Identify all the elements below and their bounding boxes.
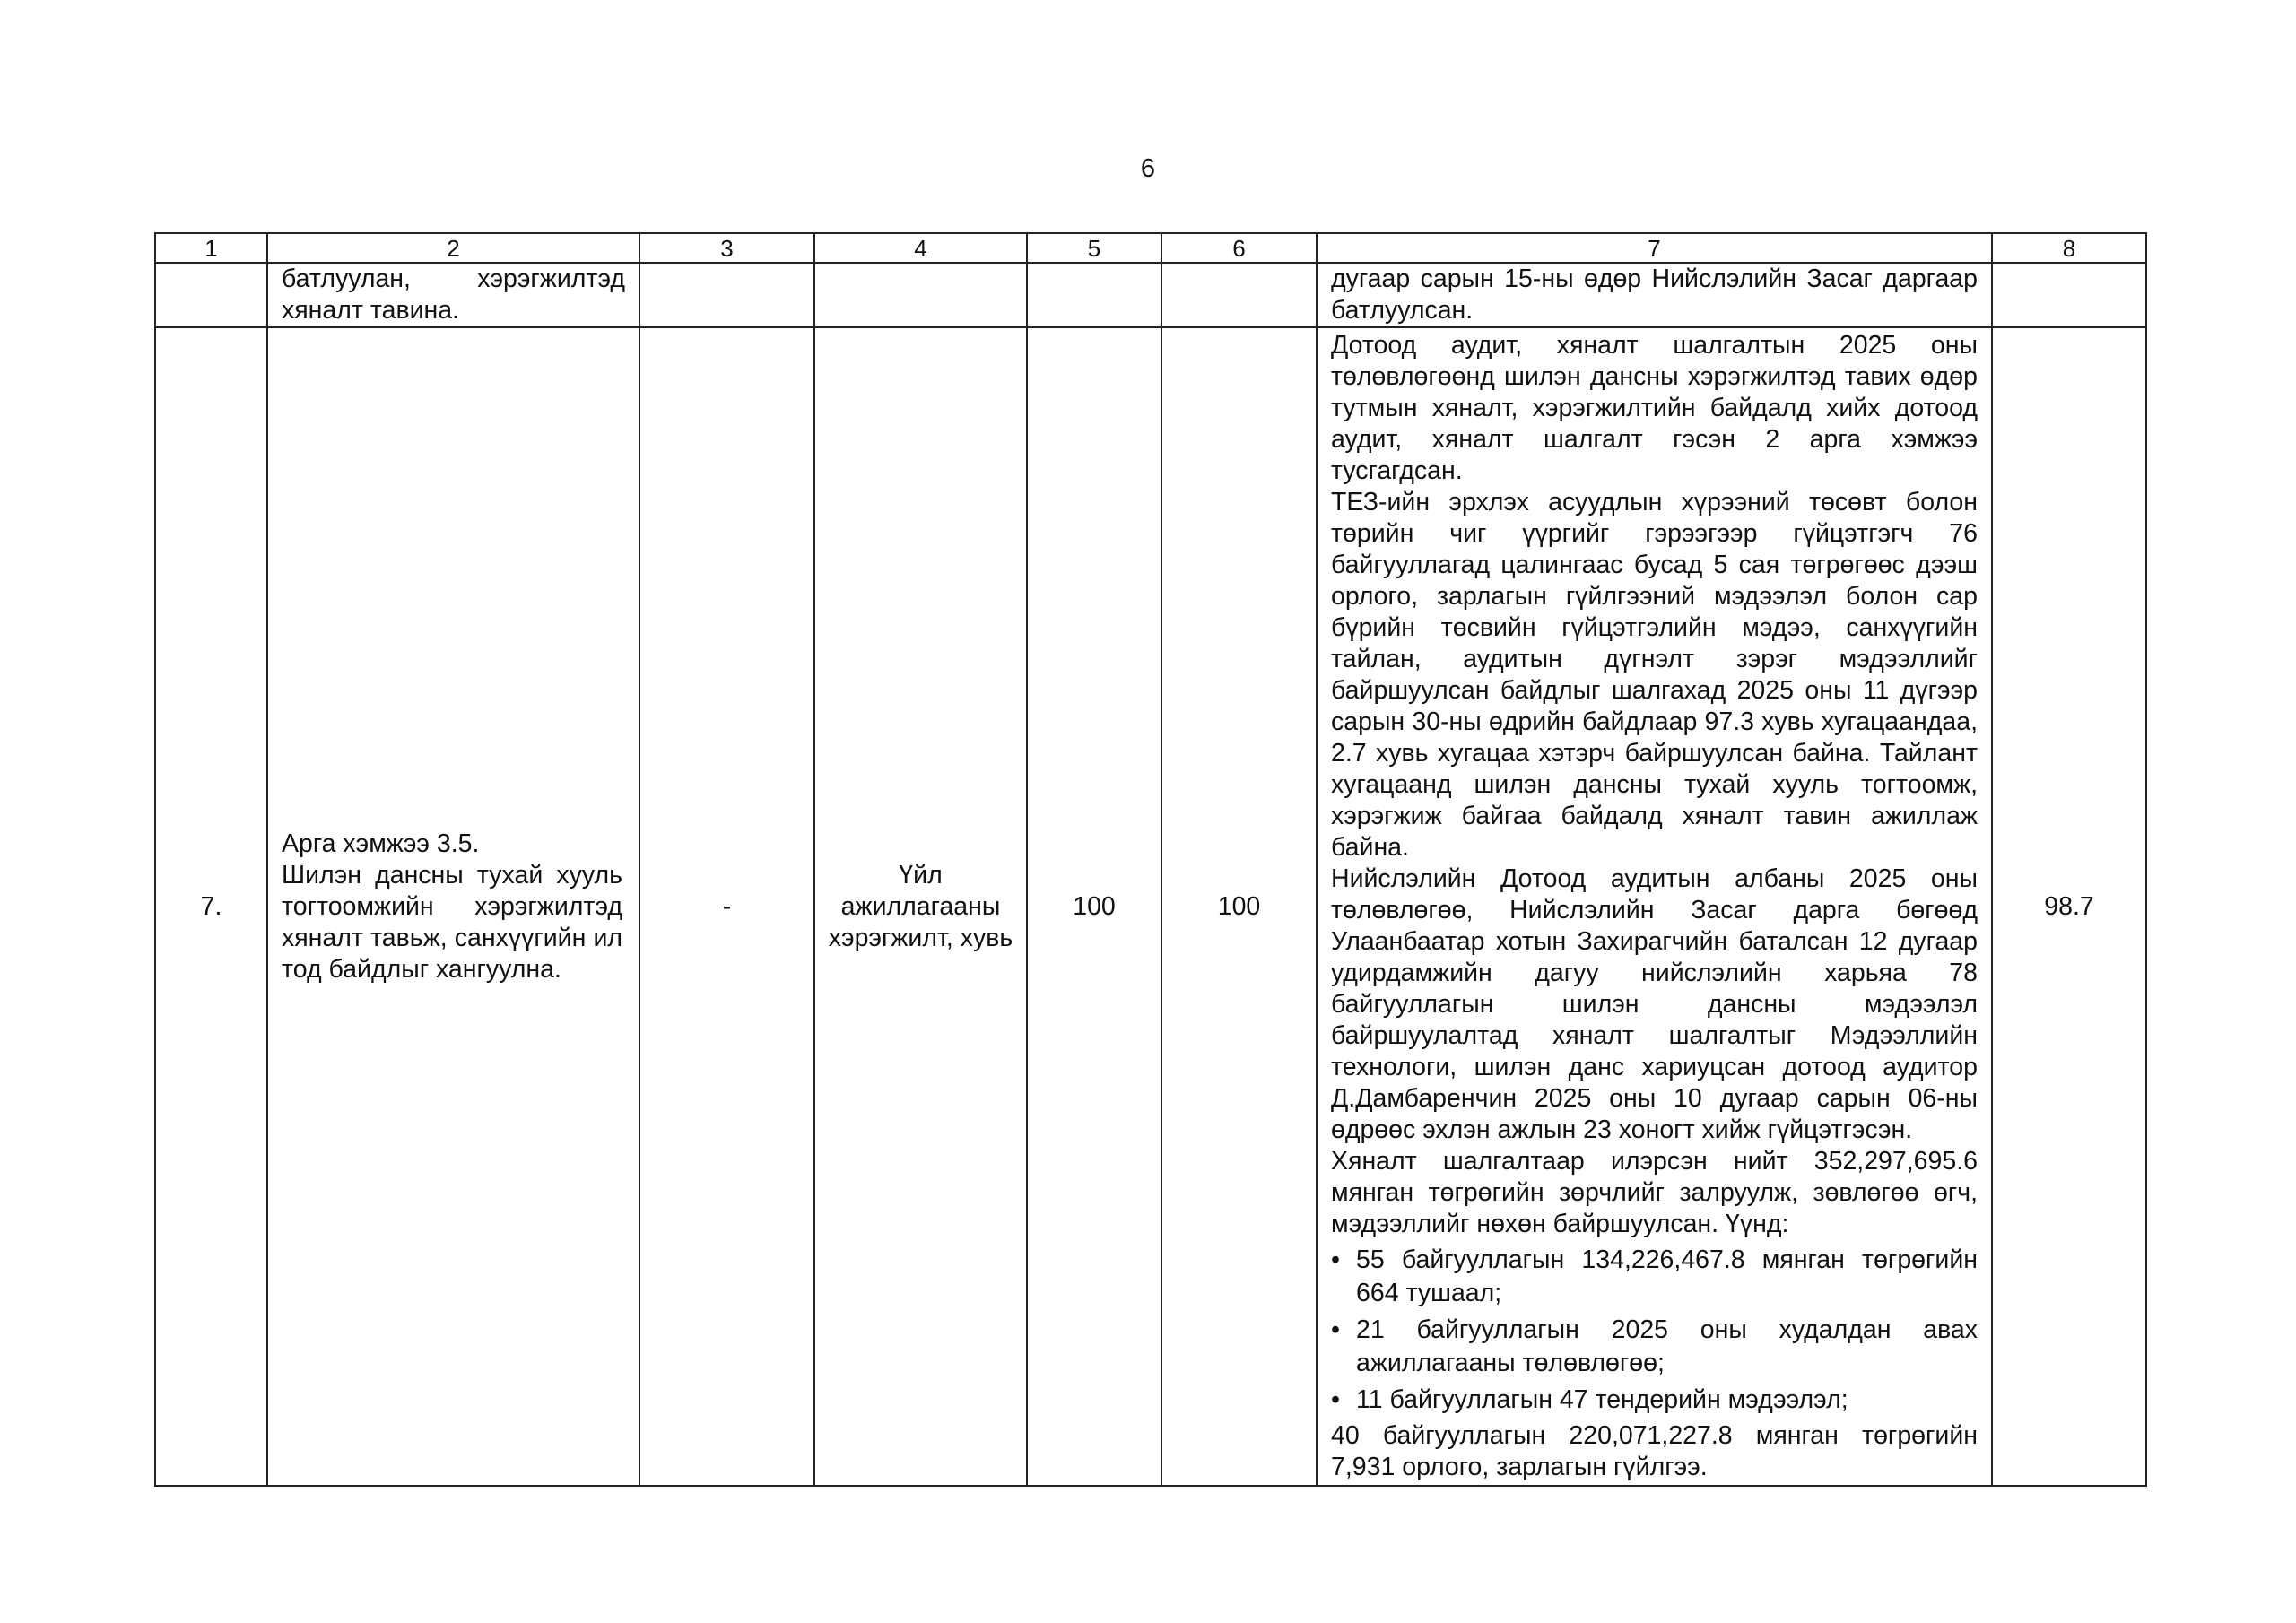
measure-title: Арга хэмжээ 3.5. (282, 829, 622, 860)
measure-text: батлуулан, хэрэгжилтэд хяналт тавина. (268, 264, 639, 326)
score-cell: 98.7 (1992, 327, 2146, 1486)
row-number-cell: 7. (155, 327, 267, 1486)
measure-cell: Арга хэмжээ 3.5. Шилэн дансны тухай хуул… (267, 327, 639, 1486)
bullet-icon: • (1331, 1384, 1356, 1417)
row-number-cell (155, 263, 267, 327)
table-row: 7. Арга хэмжээ 3.5. Шилэн дансны тухай х… (155, 327, 2146, 1486)
progress-paragraph: Дотоод аудит, хяналт шалгалтын 2025 оны … (1331, 330, 1978, 487)
baseline-cell: - (639, 327, 814, 1486)
measure-text: Шилэн дансны тухай хууль тогтоомжийн хэр… (282, 860, 622, 985)
report-table: 1 2 3 4 5 6 7 8 батлуулан, хэрэгжилтэд х… (154, 232, 2147, 1487)
measure-cell: батлуулан, хэрэгжилтэд хяналт тавина. (267, 263, 639, 327)
plan-cell (1161, 263, 1317, 327)
progress-cell: Дотоод аудит, хяналт шалгалтын 2025 оны … (1317, 327, 1992, 1486)
list-item: • 55 байгууллагын 134,226,467.8 мянган т… (1331, 1244, 1978, 1310)
bullet-icon: • (1331, 1244, 1356, 1310)
column-header: 8 (1992, 233, 2146, 263)
indicator-cell (814, 263, 1027, 327)
plan-cell: 100 (1161, 327, 1317, 1486)
progress-paragraph: ТЕЗ-ийн эрхлэх асуудлын хүрээний төсөвт … (1331, 487, 1978, 864)
baseline-cell (639, 263, 814, 327)
column-header: 6 (1161, 233, 1317, 263)
page-number: 6 (0, 154, 2296, 184)
progress-cell: дугаар сарын 15-ны өдөр Нийслэлийн Засаг… (1317, 263, 1992, 327)
list-item: • 21 байгууллагын 2025 оны худалдан авах… (1331, 1314, 1978, 1380)
column-header: 2 (267, 233, 639, 263)
progress-closing: 40 байгууллагын 220,071,227.8 мянган төг… (1331, 1420, 1978, 1483)
column-header: 1 (155, 233, 267, 263)
column-header: 4 (814, 233, 1027, 263)
progress-paragraph: Нийслэлийн Дотоод аудитын албаны 2025 он… (1331, 864, 1978, 1146)
score-cell (1992, 263, 2146, 327)
target-cell (1027, 263, 1161, 327)
list-item: • 11 байгууллагын 47 тендерийн мэдээлэл; (1331, 1384, 1978, 1417)
column-header: 7 (1317, 233, 1992, 263)
table-row-continuation: батлуулан, хэрэгжилтэд хяналт тавина. ду… (155, 263, 2146, 327)
progress-text: дугаар сарын 15-ны өдөр Нийслэлийн Засаг… (1318, 264, 1991, 326)
indicator-text: Үйл ажиллагааны хэрэгжилт, хувь (815, 860, 1026, 954)
target-cell: 100 (1027, 327, 1161, 1486)
column-header: 5 (1027, 233, 1161, 263)
indicator-cell: Үйл ажиллагааны хэрэгжилт, хувь (814, 327, 1027, 1486)
progress-paragraph: Хяналт шалгалтаар илэрсэн нийт 352,297,6… (1331, 1146, 1978, 1240)
bullet-icon: • (1331, 1314, 1356, 1380)
column-header: 3 (639, 233, 814, 263)
column-number-header-row: 1 2 3 4 5 6 7 8 (155, 233, 2146, 263)
